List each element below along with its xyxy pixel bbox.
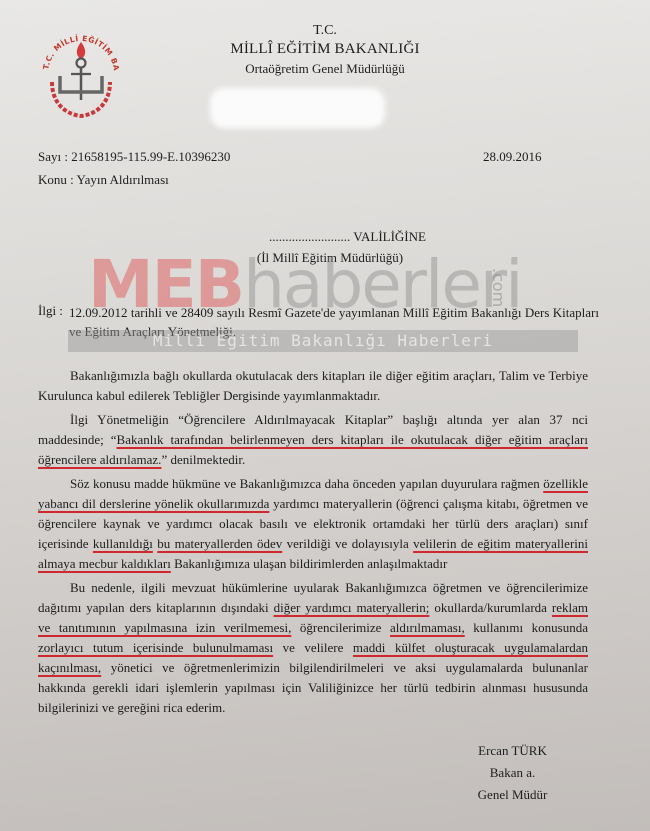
p4-highlight-4: zorlayıcı tutum içerisinde bulunulmaması — [38, 640, 273, 655]
p3-text-end: Bakanlığımıza ulaşan bildirimlerden anla… — [171, 556, 448, 571]
paragraph-4: Bu nedenle, ilgili mevzuat hükümlerine u… — [38, 578, 588, 718]
official-letter: T.C. MİLLİ EĞİTİM BAKANLIĞI T.C. MİLLÎ E… — [0, 0, 650, 831]
ilgi-label: İlgi : — [38, 303, 63, 319]
watermark-banner: Milli Eğitim Bakanlığı Haberleri — [68, 330, 578, 352]
p4-text-2: okullarda/kurumlarda — [429, 600, 552, 615]
p4-text-end: yönetici ve öğretmenlerimizin bilgilendi… — [38, 660, 588, 715]
konu-label: Konu — [38, 172, 67, 187]
p3-text: Söz konusu madde hükmüne ve Bakanlığımız… — [70, 476, 543, 491]
signatory-title: Genel Müdür — [470, 784, 555, 806]
signature-block: Ercan TÜRK Bakan a. Genel Müdür — [470, 740, 555, 806]
p4-highlight-3: aldırılmaması, — [390, 620, 465, 635]
document-date: 28.09.2016 — [483, 149, 542, 165]
signatory-name: Ercan TÜRK — [470, 740, 555, 762]
paragraph-2: İlgi Yönetmeliğin “Öğrencilere Aldırılma… — [38, 410, 588, 470]
paragraph-3: Söz konusu madde hükmüne ve Bakanlığımız… — [38, 474, 588, 574]
sayi-label: Sayı — [38, 149, 61, 164]
meb-logo-icon: T.C. MİLLİ EĞİTİM BAKANLIĞI — [38, 28, 124, 120]
p4-text-5: ve velilere — [273, 640, 353, 655]
header-directorate: Ortaöğretim Genel Müdürlüğü — [200, 61, 450, 77]
header-ministry: MİLLÎ EĞİTİM BAKANLIĞI — [200, 41, 450, 58]
p4-text-3: öğrencilerimize — [291, 620, 390, 635]
addressee-sub: (İl Millî Eğitim Müdürlüğü) — [0, 250, 650, 266]
p2-highlight: Bakanlık tarafından belirlenmeyen ders k… — [38, 432, 588, 467]
p4-highlight-1: diğer yardımcı materyallerin; — [274, 600, 430, 615]
paragraph-1: Bakanlığımızla bağlı okullarda okutulaca… — [38, 366, 588, 406]
sayi-value: : 21658195-115.99-E.10396230 — [64, 149, 230, 164]
konu-value: : Yayın Aldırılması — [70, 172, 169, 187]
addressee: ......................... VALİLİĞİNE — [0, 229, 650, 245]
p3-highlight-2: kullanıldığı — [93, 536, 153, 551]
header-tc: T.C. — [200, 23, 450, 39]
subject: Konu : Yayın Aldırılması — [38, 172, 169, 188]
p4-text-4: kullanımı konusunda — [465, 620, 588, 635]
redacted-region — [210, 88, 385, 128]
reference-number: Sayı : 21658195-115.99-E.10396230 — [38, 149, 230, 165]
p3-highlight-3: bu materyallerden ödev — [157, 536, 282, 551]
signatory-on-behalf: Bakan a. — [470, 762, 555, 784]
watermark-tld: .com — [489, 268, 508, 307]
p3-text-3: verildiği ve dolayısıyla — [282, 536, 413, 551]
letter-body: Bakanlığımızla bağlı okullarda okutulaca… — [38, 366, 588, 722]
p2-text-end: ” denilmektedir. — [161, 452, 245, 467]
